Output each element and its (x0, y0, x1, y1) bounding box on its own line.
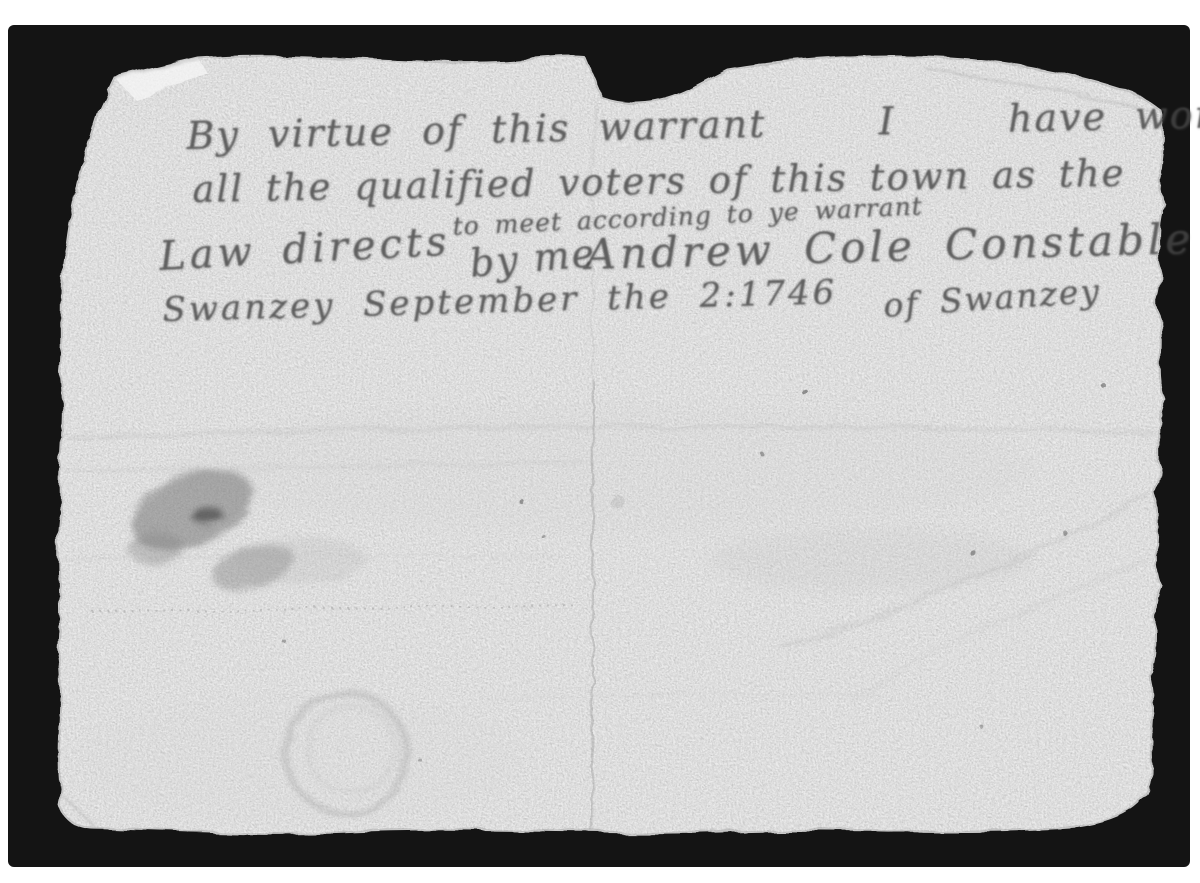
tonal-wash (710, 528, 1030, 592)
center-fold-vertical-faint (592, 250, 593, 380)
scan-page: By virtue of this warrant I have worne a… (0, 0, 1200, 883)
paper-group (40, 40, 1180, 862)
scanned-document-art (0, 0, 1200, 883)
